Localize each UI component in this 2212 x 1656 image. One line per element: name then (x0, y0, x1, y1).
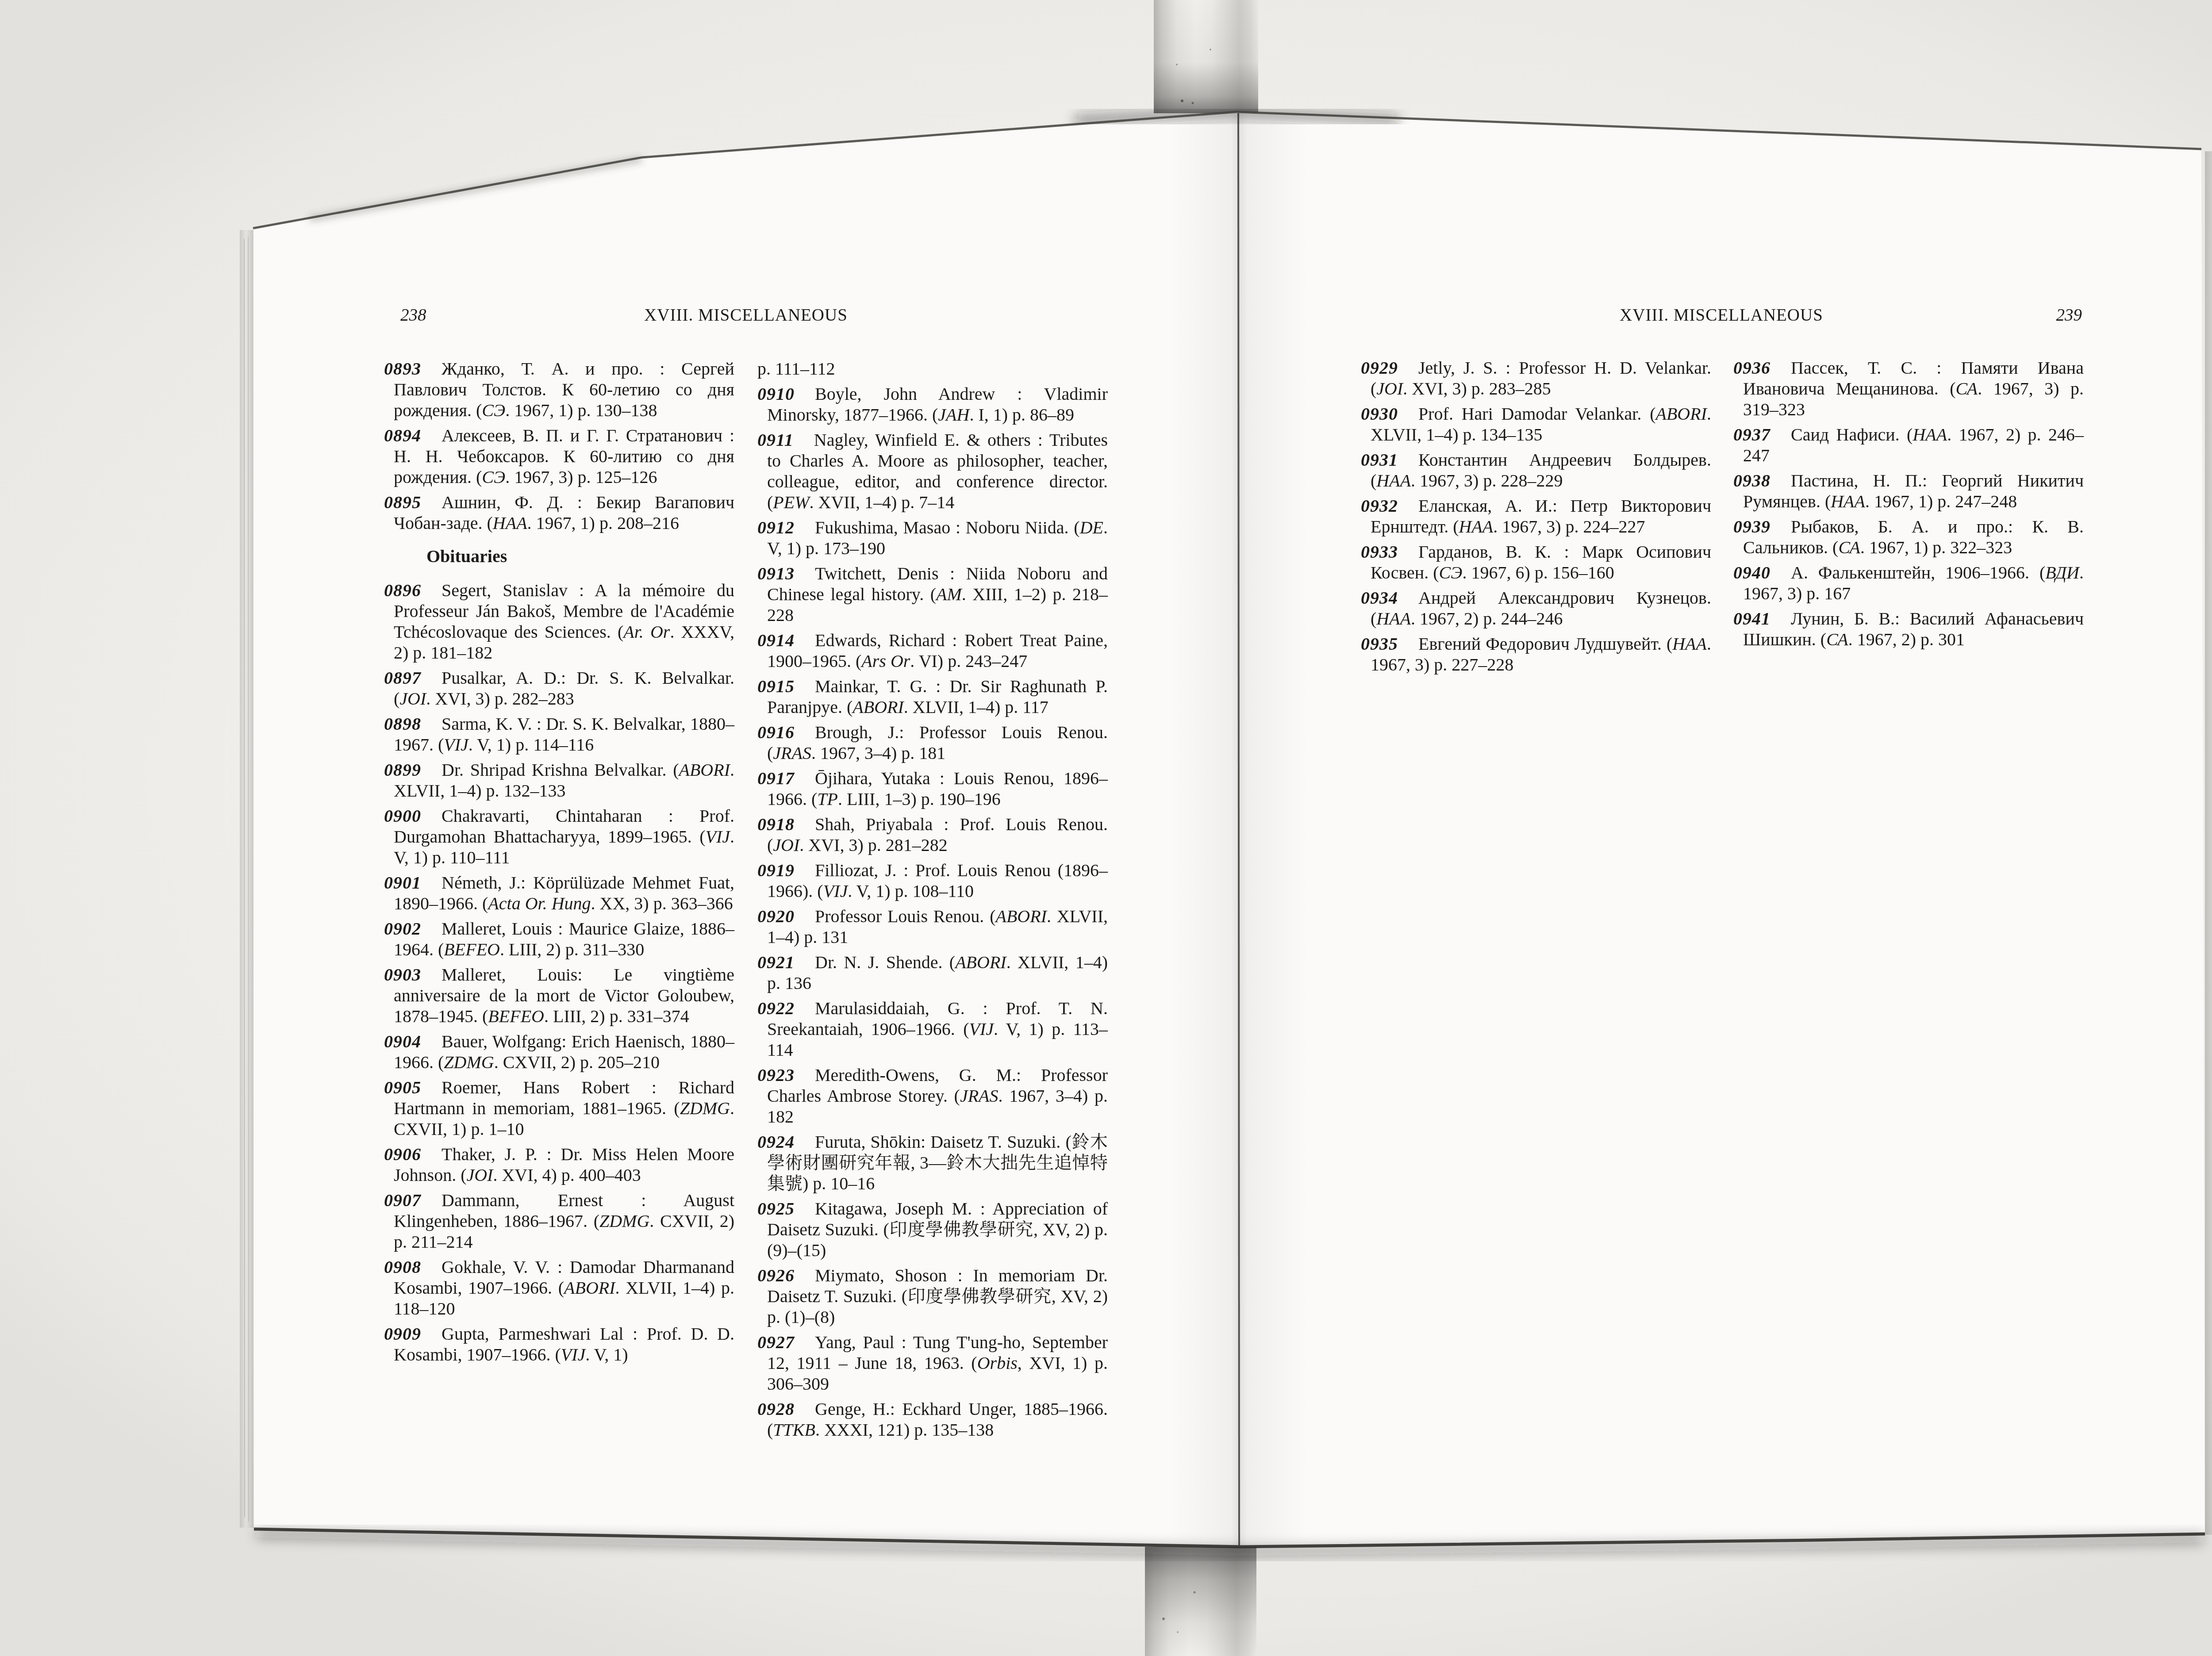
bib-entry-0916: 0916Brough, J.: Professor Louis Renou. (… (757, 722, 1108, 763)
entry-number: 0929 (1361, 358, 1398, 378)
bib-entry-0931: 0931Константин Андреевич Болдырев. (НАА.… (1361, 449, 1711, 491)
bib-entry-0898: 0898Sarma, K. V. : Dr. S. K. Belvalkar, … (384, 713, 734, 755)
bib-entry-0893: 0893Жданко, Т. А. и про. : Сергей Павлов… (384, 358, 734, 421)
entry-number: 0927 (757, 1332, 795, 1352)
bib-entry-0922: 0922Marulasiddaiah, G. : Prof. T. N. Sre… (757, 998, 1108, 1060)
bib-entry-0936: 0936Пассек, Т. С. : Памяти Ивана Иванови… (1733, 357, 2084, 420)
entry-number: 0938 (1733, 471, 1770, 491)
entry-number: 0928 (757, 1399, 795, 1419)
entry-number: 0893 (384, 359, 421, 379)
bib-entry-0907: 0907Dammann, Ernest : August Klingenhebe… (384, 1190, 734, 1252)
bib-entry-0923: 0923Meredith-Owens, G. M.: Professor Cha… (757, 1065, 1108, 1127)
bib-entry-0934: 0934Андрей Александрович Кузнецов. (НАА.… (1361, 587, 1711, 629)
dust-speck (1194, 1591, 1196, 1594)
entry-number: 0923 (757, 1065, 795, 1085)
entry-continuation: p. 111–112 (757, 358, 1108, 379)
entry-number: 0912 (757, 517, 795, 537)
entry-number: 0900 (384, 806, 421, 826)
entry-number: 0902 (384, 919, 421, 939)
entry-number: 0896 (384, 580, 421, 600)
dust-speck (1181, 100, 1183, 102)
right-page-column-2: 0936Пассек, Т. С. : Памяти Ивана Иванови… (1733, 357, 2084, 654)
bib-entry-0940: 0940А. Фалькенштейн, 1906–1966. (ВДИ. 19… (1733, 562, 2084, 604)
entry-number: 0930 (1361, 404, 1398, 424)
entry-number: 0932 (1361, 496, 1398, 516)
bib-entry-0902: 0902Malleret, Louis : Maurice Glaize, 18… (384, 918, 734, 960)
entry-number: 0910 (757, 384, 795, 404)
gutter-crease (1238, 113, 1239, 1545)
spine-tail (1145, 1547, 1256, 1656)
entry-number: 0937 (1733, 425, 1770, 445)
entry-number: 0909 (384, 1324, 421, 1344)
bib-entry-0928: 0928Genge, H.: Eckhard Unger, 1885–1966.… (757, 1399, 1108, 1440)
spine-head (1154, 0, 1258, 113)
entry-number: 0924 (757, 1132, 795, 1152)
right-page-column-1: 0929Jetly, J. S. : Professor H. D. Velan… (1361, 357, 1711, 679)
bib-entry-0910: 0910Boyle, John Andrew : Vladimir Minors… (757, 383, 1108, 425)
bib-entry-0899: 0899Dr. Shripad Krishna Belvalkar. (ABOR… (384, 759, 734, 801)
entry-number: 0895 (384, 492, 421, 512)
bib-entry-0935: 0935Евгений Федорович Лудшувейт. (НАА. 1… (1361, 633, 1711, 675)
entry-number: 0916 (757, 722, 795, 742)
dust-speck (1162, 1618, 1165, 1620)
bib-entry-0906: 0906Thaker, J. P. : Dr. Miss Helen Moore… (384, 1144, 734, 1185)
entry-number: 0901 (384, 873, 421, 893)
bib-entry-0915: 0915Mainkar, T. G. : Dr. Sir Raghunath P… (757, 676, 1108, 717)
dust-speck (1192, 102, 1194, 104)
entry-number: 0920 (757, 906, 795, 926)
bib-entry-0926: 0926Miymato, Shoson : In memoriam Dr. Da… (757, 1265, 1108, 1327)
page-number: 238 (400, 306, 426, 325)
entry-number: 0897 (384, 668, 421, 688)
entry-number: 0925 (757, 1199, 795, 1219)
entry-number: 0936 (1733, 358, 1770, 378)
bib-entry-0925: 0925Kitagawa, Joseph M. : Appreciation o… (757, 1198, 1108, 1261)
dust-speck (1210, 49, 1211, 50)
left-page-column-2: p. 111–1120910Boyle, John Andrew : Vladi… (757, 358, 1108, 1445)
entry-number: 0911 (757, 430, 794, 450)
right-fore-edge (2205, 151, 2212, 1535)
page-number: 239 (2056, 306, 2082, 325)
entry-number: 0917 (757, 768, 795, 788)
bib-entry-0905: 0905Roemer, Hans Robert : Richard Hartma… (384, 1077, 734, 1139)
bib-entry-0904: 0904Bauer, Wolfgang: Erich Haenisch, 188… (384, 1031, 734, 1073)
bib-entry-0894: 0894Алексеев, В. П. и Г. Г. Стратанович … (384, 425, 734, 487)
bib-entry-0914: 0914Edwards, Richard : Robert Treat Pain… (757, 630, 1108, 671)
left-page-column-1: 0893Жданко, Т. А. и про. : Сергей Павлов… (384, 358, 734, 1369)
entry-number: 0918 (757, 814, 795, 834)
bib-entry-0897: 0897Pusalkar, A. D.: Dr. S. K. Belvalkar… (384, 667, 734, 709)
entry-number: 0898 (384, 714, 421, 734)
bib-entry-0927: 0927Yang, Paul : Tung T'ung-ho, Septembe… (757, 1332, 1108, 1394)
bib-entry-0932: 0932Еланская, А. И.: Петр Викторович Ерн… (1361, 495, 1711, 537)
bib-entry-0938: 0938Пастина, Н. П.: Георгий Никитич Румя… (1733, 470, 2084, 512)
bib-entry-0912: 0912Fukushima, Masao : Noboru Niida. (DE… (757, 517, 1108, 559)
entry-number: 0903 (384, 965, 421, 985)
bib-entry-0896: 0896Segert, Stanislav : A la mémoire du … (384, 580, 734, 663)
entry-number: 0933 (1361, 542, 1398, 562)
entry-number: 0913 (757, 563, 795, 583)
entry-number: 0899 (384, 760, 421, 780)
running-head: XVIII. MISCELLANEOUS (384, 306, 1108, 325)
entry-number: 0931 (1361, 450, 1398, 470)
entry-number: 0939 (1733, 517, 1770, 537)
entry-number: 0935 (1361, 634, 1398, 654)
bib-entry-0941: 0941Лунин, Б. В.: Василий Афанасьевич Ши… (1733, 608, 2084, 650)
entry-number: 0894 (384, 425, 421, 445)
bib-entry-0919: 0919Filliozat, J. : Prof. Louis Renou (1… (757, 860, 1108, 901)
bib-entry-0917: 0917Ōjihara, Yutaka : Louis Renou, 1896–… (757, 768, 1108, 809)
bib-entry-0929: 0929Jetly, J. S. : Professor H. D. Velan… (1361, 357, 1711, 399)
dust-speck (1176, 64, 1178, 65)
bib-entry-0911: 0911Nagley, Winfield E. & others : Tribu… (757, 429, 1108, 513)
bib-entry-0895: 0895Ашнин, Ф. Д. : Бекир Вагапович Чобан… (384, 492, 734, 533)
bib-entry-0930: 0930Prof. Hari Damodar Velankar. (ABORI.… (1361, 403, 1711, 445)
entry-number: 0906 (384, 1144, 421, 1164)
bib-entry-0901: 0901Németh, J.: Köprülüzade Mehmet Fuat,… (384, 872, 734, 914)
entry-number: 0926 (757, 1265, 795, 1285)
bib-entry-0933: 0933Гарданов, В. К. : Марк Осипович Косв… (1361, 541, 1711, 583)
bib-entry-0908: 0908Gokhale, V. V. : Damodar Dharmanand … (384, 1257, 734, 1319)
entry-number: 0941 (1733, 609, 1770, 629)
entry-number: 0940 (1733, 563, 1770, 583)
bib-entry-0920: 0920Professor Louis Renou. (ABORI. XLVII… (757, 906, 1108, 947)
entry-number: 0904 (384, 1031, 421, 1051)
bib-entry-0921: 0921Dr. N. J. Shende. (ABORI. XLVII, 1–4… (757, 952, 1108, 993)
bib-entry-0937: 0937Саид Нафиси. (НАА. 1967, 2) p. 246–2… (1733, 424, 2084, 466)
entry-number: 0905 (384, 1077, 421, 1097)
bib-entry-0909: 0909Gupta, Parmeshwari Lal : Prof. D. D.… (384, 1323, 734, 1365)
bib-entry-0913: 0913Twitchett, Denis : Niida Noboru and … (757, 563, 1108, 625)
bib-entry-0918: 0918Shah, Priyabala : Prof. Louis Renou.… (757, 814, 1108, 855)
bib-entry-0903: 0903Malleret, Louis: Le vingtième annive… (384, 964, 734, 1027)
running-head: XVIII. MISCELLANEOUS (1361, 306, 2082, 325)
entry-number: 0914 (757, 630, 795, 650)
entry-number: 0922 (757, 998, 795, 1018)
entry-number: 0934 (1361, 588, 1398, 608)
section-heading-obituaries: Obituaries (426, 546, 734, 567)
entry-number: 0921 (757, 952, 795, 972)
right-running-head-row: XVIII. MISCELLANEOUS 239 (1361, 306, 2082, 326)
entry-number: 0908 (384, 1257, 421, 1277)
left-fore-edge (240, 230, 253, 1528)
entry-number: 0919 (757, 860, 795, 880)
bib-entry-0924: 0924Furuta, Shōkin: Daisetz T. Suzuki. (… (757, 1131, 1108, 1194)
entry-number: 0907 (384, 1190, 421, 1210)
entry-number: 0915 (757, 676, 795, 696)
open-book-photo: 238 XVIII. MISCELLANEOUS 0893Жданко, Т. … (0, 0, 2212, 1656)
bib-entry-0900: 0900Chakravarti, Chintaharan : Prof. Dur… (384, 805, 734, 868)
bib-entry-0939: 0939Рыбаков, Б. А. и про.: К. В. Сальник… (1733, 516, 2084, 558)
left-running-head-row: 238 XVIII. MISCELLANEOUS (384, 306, 1108, 326)
dust-speck (1177, 1631, 1179, 1633)
